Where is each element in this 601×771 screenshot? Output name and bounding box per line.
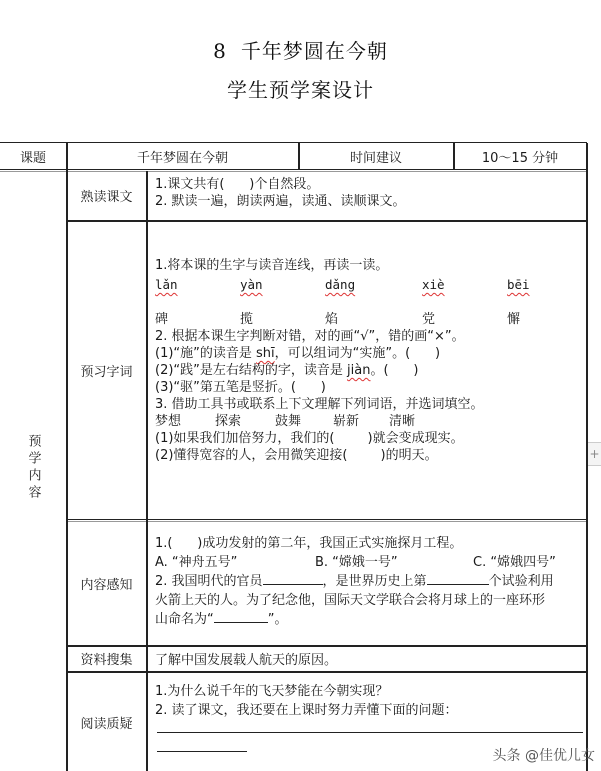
document-subtitle: 学生预学案设计 bbox=[0, 74, 601, 103]
q1-text: 1.将本课的生字与读音连线，再读一读。 bbox=[155, 257, 580, 274]
pinyin-row: lǎn yàn dǎng xiè bēi bbox=[155, 276, 580, 293]
material-collection-label: 资料搜集 bbox=[67, 646, 146, 671]
word-bank: 梦想 探索 鼓舞 崭新 清晰 bbox=[155, 413, 580, 430]
options-row: A. “神舟五号” B. “嫦娥一号” C. “嫦娥四号” bbox=[155, 554, 580, 573]
q3-item-1: (1)如果我们加倍努力，我们的( )就会变成现实。 bbox=[155, 430, 580, 447]
time-label: 时间建议 bbox=[299, 143, 453, 170]
reading-questions-label: 阅读质疑 bbox=[67, 673, 146, 771]
lesson-title: 8千年梦圆在今朝 bbox=[0, 35, 601, 64]
lesson-title-text: 千年梦圆在今朝 bbox=[241, 39, 388, 63]
preview-words-label: 预习字词 bbox=[67, 221, 146, 519]
read-text-label: 熟读课文 bbox=[67, 171, 146, 220]
preview-content-label: 预学内容 bbox=[0, 423, 66, 513]
content-perception-content: 1.( )成功发射的第二年，我国正式实施探月工程。 A. “神舟五号” B. “… bbox=[148, 535, 586, 643]
time-value: 10～15 分钟 bbox=[454, 143, 586, 170]
preview-words-content: 1.将本课的生字与读音连线，再读一读。 lǎn yàn dǎng xiè bēi… bbox=[148, 255, 586, 517]
lesson-number: 8 bbox=[213, 39, 227, 63]
q3-text: 3. 借助工具书或联系上下文理解下列词语，并选词填空。 bbox=[155, 396, 580, 413]
q3-item-2: (2)懂得宽容的人，会用微笑迎接( )的明天。 bbox=[155, 447, 580, 464]
material-collection-content: 了解中国发展载人航天的原因。 bbox=[155, 646, 585, 671]
topic-value: 千年梦圆在今朝 bbox=[67, 143, 298, 170]
character-row: 碑 揽 焰 党 懈 bbox=[155, 311, 580, 328]
expand-handle-icon[interactable]: + bbox=[588, 442, 601, 466]
q2-text: 2. 根据本课生字判断对错，对的画“√”，错的画“×”。 bbox=[155, 328, 580, 345]
content-perception-label: 内容感知 bbox=[67, 522, 146, 645]
q2-item-2: (2)“践”是左右结构的字，读音是 jiàn。( ) bbox=[155, 362, 580, 379]
read-text-content: 1.课文共有( )个自然段。 2. 默读一遍，朗读两遍，读通、读顺课文。 bbox=[148, 173, 586, 220]
q2-item-3: (3)“驱”第五笔是竖折。( ) bbox=[155, 379, 580, 396]
answer-line-1[interactable] bbox=[155, 720, 580, 739]
preview-worksheet-table: 课题 千年梦圆在今朝 时间建议 10～15 分钟 预学内容 熟读课文 1.课文共… bbox=[0, 142, 587, 771]
topic-label: 课题 bbox=[0, 143, 66, 170]
q2-item-1: (1)“施”的读音是 shī，可以组词为“实施”。( ) bbox=[155, 345, 580, 362]
watermark: 头条 @佳优儿女 bbox=[493, 745, 595, 765]
